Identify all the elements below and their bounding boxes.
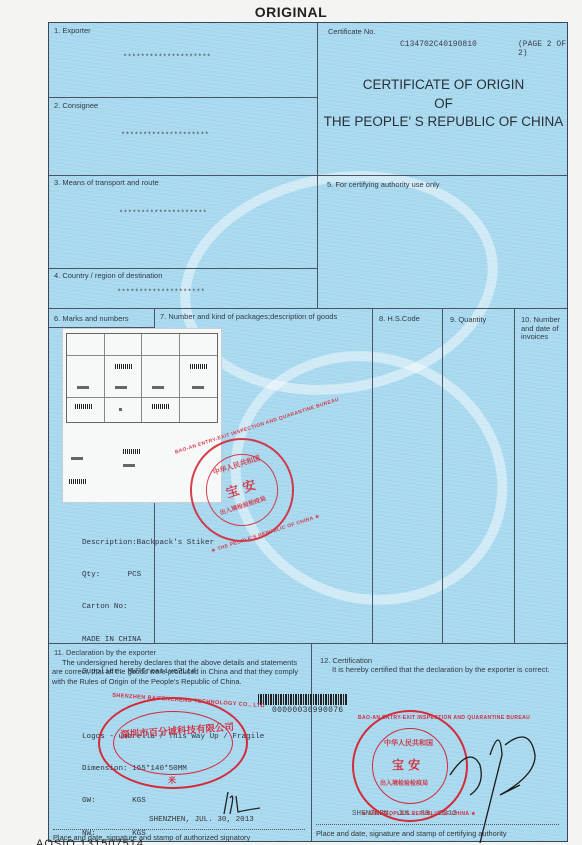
- exporter-box: 1. Exporter ********************: [49, 23, 317, 97]
- authority-signature: [440, 715, 550, 845]
- certificate-title: CERTIFICATE OF ORIGIN OF THE PEOPLE' S R…: [318, 76, 568, 132]
- destination-label: 4. Country / region of destination: [54, 272, 162, 281]
- barcode-label: [69, 479, 87, 484]
- transport-value: ********************: [119, 210, 207, 218]
- title-line-2: OF: [318, 95, 568, 114]
- marks-label-grid: [66, 333, 218, 423]
- consignee-value: ********************: [121, 132, 209, 140]
- page-indicator: (PAGE 2 OF 2): [518, 40, 568, 58]
- title-line-1: CERTIFICATE OF ORIGIN: [318, 76, 568, 95]
- invoice-column: 10. Number and date of invoices: [514, 309, 568, 644]
- certifying-authority-label: 5. For certifying authority use only: [327, 181, 440, 190]
- destination-value: ********************: [117, 289, 205, 297]
- exporter-value: ********************: [123, 54, 211, 62]
- description-header: 7. Number and kind of packages;descripti…: [160, 313, 337, 322]
- certificate-no-label: Certificate No.: [328, 28, 376, 37]
- marks-header: 6. Marks and numbers: [54, 315, 129, 324]
- label-text: [123, 464, 135, 467]
- hs-code-column: 8. H.S.Code: [372, 309, 442, 644]
- barcode-label: [123, 449, 141, 454]
- certification-text: It is hereby certified that the declarat…: [332, 666, 550, 675]
- document-heading: ORIGINAL: [0, 4, 582, 20]
- consignee-label: 2. Consignee: [54, 102, 98, 111]
- invoice-header: 10. Number and date of invoices: [521, 316, 565, 342]
- quantity-column: 9. Quantity: [442, 309, 514, 644]
- destination-box: 4. Country / region of destination *****…: [49, 268, 317, 308]
- certifying-authority-box: 5. For certifying authority use only: [317, 175, 568, 308]
- quantity-header: 9. Quantity: [450, 316, 486, 325]
- transport-box: 3. Means of transport and route ********…: [49, 175, 317, 268]
- certificate-header-box: Certificate No. C134702C40190810 (PAGE 2…: [317, 23, 568, 175]
- certificate-number: C134702C40190810: [400, 40, 477, 49]
- transport-label: 3. Means of transport and route: [54, 179, 159, 188]
- barcode-number: 00000036990076: [272, 706, 343, 715]
- hs-code-header: 8. H.S.Code: [379, 315, 420, 324]
- certificate-barcode: [258, 694, 348, 705]
- label-text: [71, 457, 83, 460]
- title-line-3: THE PEOPLE' S REPUBLIC OF CHINA: [318, 113, 568, 132]
- exporter-company-stamp: SHENZHEN BAIFENCHENG TECHNOLOGY CO., LTD…: [98, 697, 248, 789]
- exporter-signature: [220, 790, 270, 818]
- consignee-box: 2. Consignee ********************: [49, 97, 317, 175]
- footer-serial: AOSIQ 131507514: [36, 838, 144, 845]
- exporter-label: 1. Exporter: [54, 27, 91, 36]
